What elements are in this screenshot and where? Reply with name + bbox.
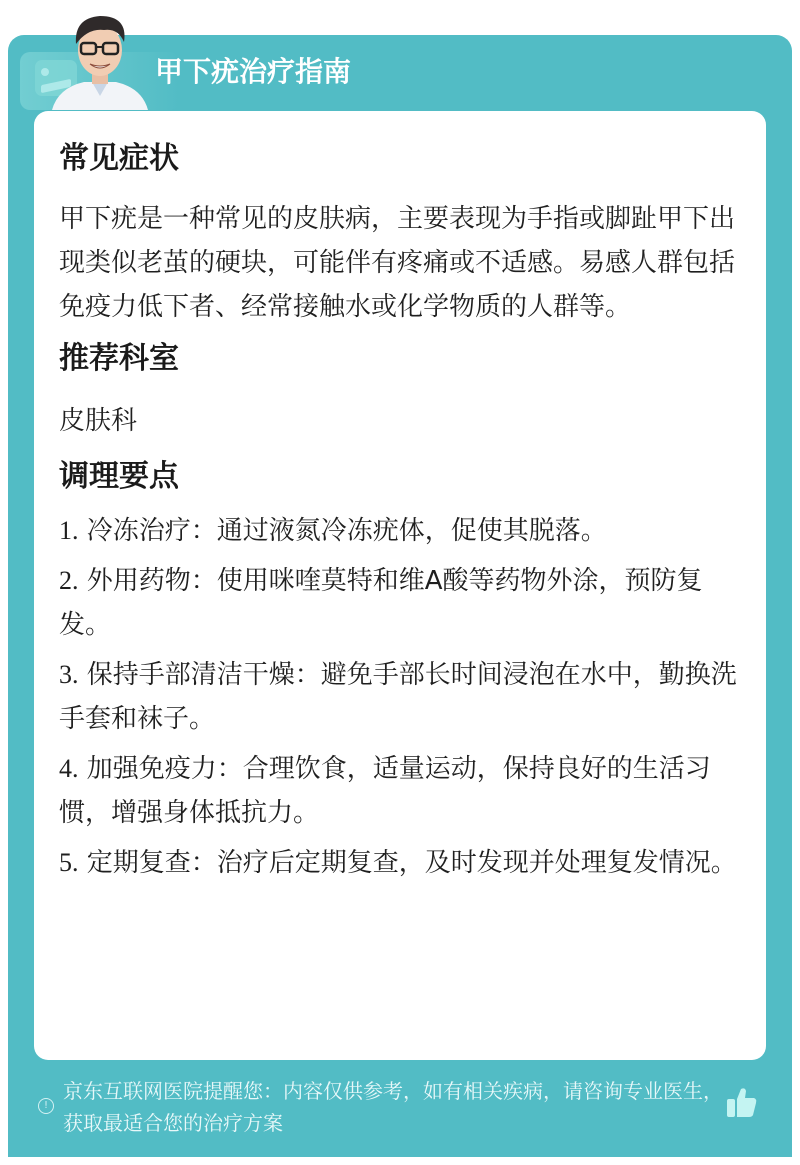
department-text: 皮肤科 (59, 399, 741, 443)
section-title-department: 推荐科室 (59, 339, 741, 379)
care-list: 1. 冷冻治疗：通过液氮冷冻疣体，促使其脱落。 2. 外用药物：使用咪喹莫特和维… (59, 509, 741, 885)
thumbs-up-icon[interactable] (725, 1085, 759, 1119)
section-title-symptoms: 常见症状 (59, 139, 741, 179)
list-item: 5. 定期复查：治疗后定期复查，及时发现并处理复发情况。 (59, 841, 741, 885)
info-icon: ! (38, 1098, 54, 1114)
page-title: 甲下疣治疗指南 (155, 50, 351, 90)
section-symptoms: 常见症状 甲下疣是一种常见的皮肤病，主要表现为手指或脚趾甲下出现类似老茧的硬块，… (59, 139, 741, 329)
symptoms-text: 甲下疣是一种常见的皮肤病，主要表现为手指或脚趾甲下出现类似老茧的硬块，可能伴有疼… (59, 197, 741, 329)
list-item: 3. 保持手部清洁干燥：避免手部长时间浸泡在水中，勤换洗手套和袜子。 (59, 653, 741, 741)
disclaimer-text: 京东互联网医院提醒您：内容仅供参考，如有相关疾病，请咨询专业医生，获取最适合您的… (63, 1075, 728, 1139)
section-department: 推荐科室 皮肤科 (59, 339, 741, 443)
doctor-avatar-icon (48, 10, 152, 110)
content-card: 常见症状 甲下疣是一种常见的皮肤病，主要表现为手指或脚趾甲下出现类似老茧的硬块，… (34, 111, 766, 1060)
section-title-care: 调理要点 (59, 457, 741, 497)
list-item: 4. 加强免疫力：合理饮食，适量运动，保持良好的生活习惯，增强身体抵抗力。 (59, 747, 741, 835)
list-item: 1. 冷冻治疗：通过液氮冷冻疣体，促使其脱落。 (59, 509, 741, 553)
list-item: 2. 外用药物：使用咪喹莫特和维A酸等药物外涂，预防复发。 (59, 559, 741, 647)
section-care: 调理要点 1. 冷冻治疗：通过液氮冷冻疣体，促使其脱落。 2. 外用药物：使用咪… (59, 457, 741, 885)
